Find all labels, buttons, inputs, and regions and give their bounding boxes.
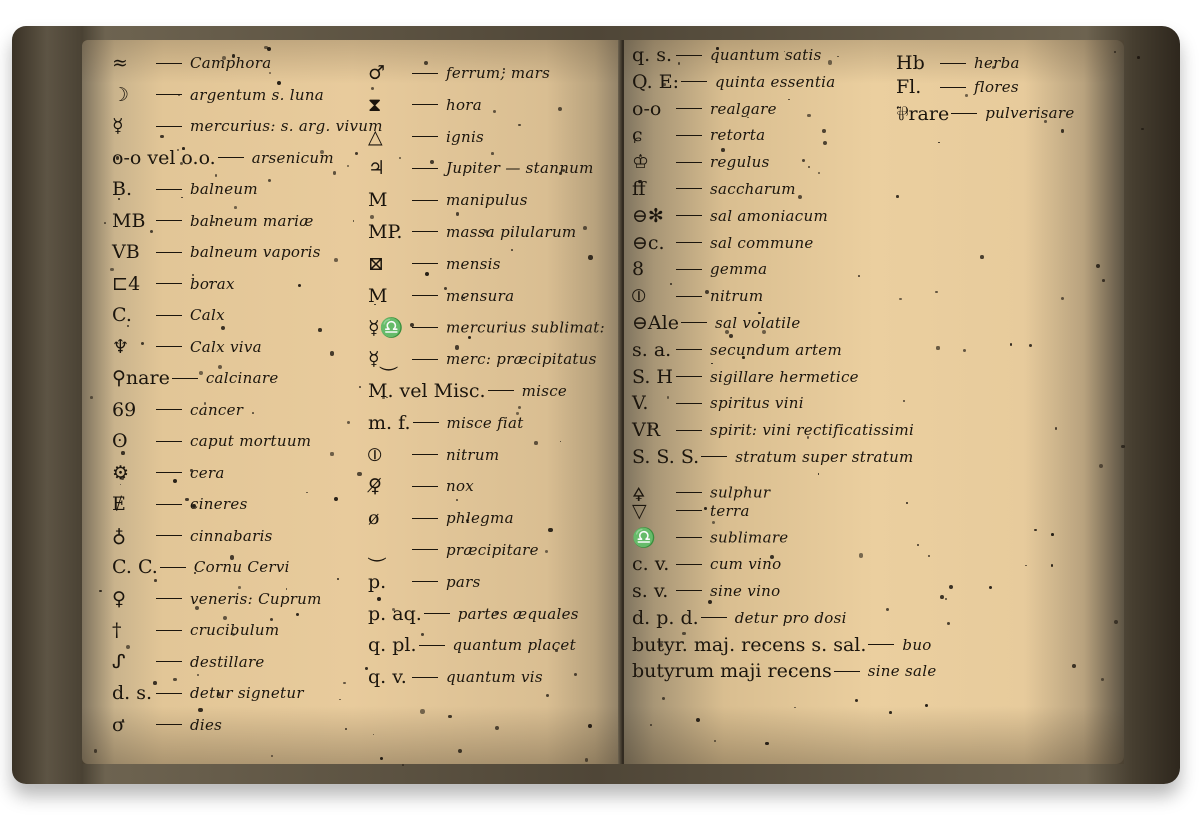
dash-separator [676,242,702,243]
symbol-entry: VRspirit: vini rectificatissimi [632,419,937,446]
symbol-entry: ffsaccharum [632,178,937,205]
alchemical-symbol: ♎ [632,526,674,549]
alchemical-symbol: ᔑ [112,651,154,673]
latin-term: massa pilularum [446,223,576,241]
symbol-entry: ♃Jupiter — stannum [368,157,605,189]
symbol-entry: ♔regulus [632,151,937,178]
symbol-entry: c. v.cum vino [632,553,937,580]
symbol-entry: ▽terra [632,500,937,527]
dash-separator [412,73,438,74]
dash-separator [412,263,438,264]
latin-term: cancer [190,401,243,419]
symbol-entry: ᔑdestillare [112,651,383,683]
alchemical-symbol: q. s. [632,44,674,66]
latin-term: buo [902,636,931,654]
alchemical-symbol: d. p. d. [632,607,699,629]
latin-term: partes æquales [458,605,579,623]
alchemical-symbol: ⏝ [368,539,410,561]
dash-separator [676,349,702,350]
symbol-entry: p.pars [368,571,605,603]
symbol-entry: m. f.misce fiat [368,412,605,444]
latin-term: argentum s. luna [190,86,324,104]
dash-separator [676,430,702,431]
latin-term: mensura [446,287,514,305]
alchemical-symbol: B. [112,178,154,200]
alchemical-symbol: ⊏4 [112,273,154,295]
symbol-entry: Mmanipulus [368,189,605,221]
alchemical-symbol: ⊖c. [632,232,674,254]
dash-separator [676,510,702,511]
latin-term: Calx [190,306,225,324]
symbol-entry: VBbalneum vaporis [112,241,383,273]
symbol-entry: B.balneum [112,178,383,210]
symbol-entry: o-orealgare [632,98,937,125]
alchemical-symbol: MP. [368,221,410,243]
symbol-entry: s. a.secundum artem [632,339,937,366]
latin-term: Camphora [190,54,271,72]
symbol-entry: butyrum maji recenssine sale [632,660,937,687]
latin-term: quinta essentia [715,73,836,91]
symbol-entry: ♆Calx viva [112,336,383,368]
symbol-entry: ⊠mensis [368,253,605,285]
dash-separator [676,564,702,565]
alchemical-symbol: Ɇ [112,493,154,515]
symbol-entry: øphlegma [368,507,605,539]
latin-term: mercurius sublimat: [446,319,605,337]
alchemical-symbol: ☽ [112,84,154,106]
latin-term: sine sale [868,662,937,680]
alchemical-symbol: ⦶ [368,444,410,466]
symbol-entry: ♀veneris: Cuprum [112,588,383,620]
dash-separator [156,661,182,662]
symbol-entry: ʘcaput mortuum [112,430,383,462]
dash-separator [156,220,182,221]
alchemical-symbol: ☿⏝ [368,348,410,370]
symbol-entry: q. s.quantum satis [632,44,937,71]
dash-separator [156,63,182,64]
symbol-entry: C. C.Cornu Cervi [112,556,383,588]
symbol-entry: 🜍sulphur [632,473,937,500]
symbol-entry: ⅌rarepulverisare [896,100,1075,124]
latin-term: spiritus vini [710,394,804,412]
alchemical-symbol: ⊖Ale [632,312,679,334]
dash-separator [412,295,438,296]
dash-separator [676,135,702,136]
symbol-entry: q. v.quantum vis [368,666,605,698]
dash-separator [412,581,438,582]
latin-term: nitrum [446,446,499,464]
latin-term: terra [710,502,750,520]
latin-term: quantum placet [453,636,576,654]
dash-separator [156,630,182,631]
alchemical-symbol: ♁ [112,525,154,547]
latin-term: mensis [446,255,501,273]
symbol-entry: s. v.sine vino [632,580,937,607]
symbol-entry: MBbalneum mariæ [112,210,383,242]
dash-separator [701,617,727,618]
alchemical-symbol: d. s. [112,682,154,704]
alchemical-symbol: † [112,619,154,641]
latin-term: quantum vis [446,668,543,686]
symbol-entry: 69cancer [112,399,383,431]
dash-separator [940,63,966,64]
latin-term: cineres [190,495,248,513]
alchemical-symbol: MB [112,210,154,232]
alchemical-symbol: o-o [632,98,674,120]
dash-separator [156,346,182,347]
alchemical-symbol: s. a. [632,339,674,361]
alchemical-symbol: △ [368,126,410,148]
symbol-entry: MP.massa pilularum [368,221,605,253]
latin-term: dies [190,716,222,734]
symbol-entry: ☿mercurius: s. arg. vivum [112,115,383,147]
dash-separator [218,157,244,158]
latin-term: gemma [710,260,767,278]
symbol-entry: σdies [112,714,383,746]
dash-separator [412,549,438,550]
latin-term: detur signetur [190,684,304,702]
dash-separator [156,283,182,284]
dash-separator [676,55,702,56]
alchemical-symbol: M. vel Misc. [368,380,486,402]
symbol-entry: ⊖✻sal amoniacum [632,205,937,232]
latin-term: saccharum [710,180,796,198]
alchemical-symbol: ⚲nare [112,367,170,389]
symbol-entry: △ignis [368,126,605,158]
alchemical-symbol: ⚙ [112,462,154,484]
symbol-entry: ☽argentum s. luna [112,84,383,116]
symbol-entry: M. vel Misc.misce [368,380,605,412]
latin-term: flores [974,78,1019,96]
alchemical-symbol: VB [112,241,154,263]
symbol-entry: ⏝præcipitare [368,539,605,571]
symbol-entry: S. S. S.stratum super stratum [632,446,937,473]
latin-term: sine vino [710,582,780,600]
dash-separator [951,113,977,114]
symbol-entry: †crucibulum [112,619,383,651]
symbol-entry: ♀̸nox [368,475,605,507]
latin-term: sal amoniacum [710,207,828,225]
alchemical-symbol: ʘ [112,430,154,452]
latin-term: nox [446,477,474,495]
alchemical-symbol: ⧗ [368,94,410,116]
symbol-entry: ⚙cera [112,462,383,494]
symbol-entry: ⦶nitrum [368,444,605,476]
latin-term: secundum artem [710,341,842,359]
latin-term: realgare [710,100,777,118]
latin-term: crucibulum [190,621,279,639]
dash-separator [676,162,702,163]
right-page-column-1: q. s.quantum satisQ. E:quinta essentiao-… [632,44,937,687]
dash-separator [412,486,438,487]
alchemical-symbol: ♔ [632,151,674,173]
dash-separator [412,518,438,519]
latin-term: quantum satis [710,46,822,64]
dash-separator [156,472,182,473]
alchemical-symbol: ø [368,507,410,529]
dash-separator [676,403,702,404]
latin-term: hora [446,96,482,114]
alchemical-symbol: s. v. [632,580,674,602]
alchemical-symbol: p. [368,571,410,593]
symbol-entry: Ɇcineres [112,493,383,525]
dash-separator [156,504,182,505]
latin-term: balneum vaporis [190,243,321,261]
alchemical-symbol: o-o vel o.o. [112,147,216,169]
dash-separator [156,126,182,127]
latin-term: sal commune [710,234,814,252]
latin-term: Jupiter — stannum [446,159,594,177]
dash-separator [424,613,450,614]
latin-term: sublimare [710,529,788,547]
symbol-entry: ♎sublimare [632,526,937,553]
alchemical-symbol: q. v. [368,666,410,688]
alchemical-symbol: ⦶ [632,285,674,307]
dash-separator [156,315,182,316]
symbol-entry: ♁cinnabaris [112,525,383,557]
dash-separator [412,359,438,360]
dash-separator [834,671,860,672]
alchemical-symbol: Hb [896,52,938,74]
alchemical-symbol: m. f. [368,412,411,434]
alchemical-symbol: ⊠ [368,253,410,275]
latin-term: balneum mariæ [190,212,314,230]
dash-separator [419,645,445,646]
dash-separator [412,327,438,328]
symbol-entry: V.spiritus vini [632,392,937,419]
alchemical-symbol: p. aq. [368,603,422,625]
alchemical-symbol: C. [112,304,154,326]
latin-term: caput mortuum [190,432,311,450]
latin-term: retorta [710,126,765,144]
latin-term: phlegma [446,509,514,527]
alchemical-symbol: σ [112,714,154,736]
dash-separator [676,492,702,493]
dash-separator [412,168,438,169]
alchemical-symbol: VR [632,419,674,441]
alchemical-symbol: ♂ [368,62,410,84]
symbol-entry: d. s.detur signetur [112,682,383,714]
alchemical-symbol: butyrum maji recens [632,660,832,682]
latin-term: calcinare [206,369,279,387]
latin-term: sulphur [710,483,770,501]
symbol-entry: ⦶nitrum [632,285,937,312]
alchemical-symbol: ⊖✻ [632,205,674,227]
dash-separator [868,644,894,645]
symbol-entry: ≈Camphora [112,52,383,84]
symbol-entry: Fl.flores [896,76,1075,100]
latin-term: misce fiat [447,414,524,432]
alchemical-symbol: ♀ [112,588,154,610]
dash-separator [940,87,966,88]
latin-term: regulus [710,153,770,171]
latin-term: manipulus [446,191,528,209]
dash-separator [681,322,707,323]
symbol-entry: Q. E:quinta essentia [632,71,937,98]
symbol-entry: ♂ferrum; mars [368,62,605,94]
latin-term: pulverisare [985,104,1074,122]
symbol-entry: ⊖Alesal volatile [632,312,937,339]
alchemical-symbol: 8 [632,258,674,280]
latin-term: stratum super stratum [735,448,913,466]
latin-term: balneum [190,180,258,198]
symbol-entry: ☿⏝merc: præcipitatus [368,348,605,380]
left-page-column-1: ≈Camphora☽argentum s. luna☿mercurius: s.… [112,52,383,745]
latin-term: veneris: Cuprum [190,590,322,608]
dash-separator [676,296,702,297]
dash-separator [156,693,182,694]
latin-term: destillare [190,653,265,671]
symbol-entry: d. p. d.detur pro dosi [632,607,937,634]
left-page-column-2: ♂ferrum; mars⧗hora△ignis♃Jupiter — stann… [368,62,605,698]
alchemical-symbol: ▽ [632,500,674,522]
symbol-entry: ɕretorta [632,124,937,151]
symbol-entry: ⊏4borax [112,273,383,305]
latin-term: ferrum; mars [446,64,550,82]
latin-term: herba [974,54,1020,72]
alchemical-symbol: ♆ [112,336,154,358]
dash-separator [681,81,707,82]
dash-separator [412,104,438,105]
dash-separator [156,441,182,442]
symbol-entry: C.Calx [112,304,383,336]
dash-separator [676,188,702,189]
latin-term: detur pro dosi [735,609,847,627]
dash-separator [676,376,702,377]
latin-term: mercurius: s. arg. vivum [190,117,383,135]
symbol-entry: ⚲narecalcinare [112,367,383,399]
latin-term: merc: præcipitatus [446,350,597,368]
symbol-entry: S. Hsigillare hermetice [632,366,937,393]
dash-separator [156,252,182,253]
dash-separator [413,422,439,423]
alchemical-symbol: M [368,189,410,211]
latin-term: sigillare hermetice [710,368,859,386]
dash-separator [156,598,182,599]
latin-term: cera [190,464,225,482]
symbol-entry: ☿♎mercurius sublimat: [368,316,605,348]
alchemical-symbol: 69 [112,399,154,421]
dash-separator [156,724,182,725]
alchemical-symbol: ☿♎ [368,316,410,339]
dash-separator [412,136,438,137]
symbol-entry: 8gemma [632,258,937,285]
dash-separator [676,108,702,109]
alchemical-symbol: q. pl. [368,634,417,656]
alchemical-symbol: Fl. [896,76,938,98]
right-page-column-2: HbherbaFl.flores⅌rarepulverisare [896,52,1075,124]
dash-separator [412,454,438,455]
latin-term: Calx viva [190,338,262,356]
alchemical-symbol: C. C. [112,556,158,578]
dash-separator [156,189,182,190]
latin-term: præcipitare [446,541,539,559]
alchemical-symbol: c. v. [632,553,674,575]
alchemical-symbol: ɕ [632,124,674,146]
latin-term: misce [522,382,568,400]
dash-separator [701,456,727,457]
symbol-entry: Mmensura [368,285,605,317]
dash-separator [676,537,702,538]
alchemical-symbol: ♀̸ [368,475,410,497]
latin-term: borax [190,275,235,293]
dash-separator [676,590,702,591]
symbol-entry: ⧗hora [368,94,605,126]
dash-separator [412,677,438,678]
symbol-entry: p. aq.partes æquales [368,603,605,635]
symbol-entry: butyr. maj. recens s. sal.buo [632,634,937,661]
alchemical-symbol: ⅌rare [896,100,949,126]
alchemical-symbol: ≈ [112,52,154,74]
dash-separator [488,390,514,391]
symbol-entry: ⊖c.sal commune [632,232,937,259]
dash-separator [676,215,702,216]
alchemical-symbol: ☿ [112,115,154,137]
dash-separator [160,567,186,568]
dash-separator [172,378,198,379]
alchemical-symbol: S. S. S. [632,446,699,468]
latin-term: ignis [446,128,484,146]
dash-separator [156,535,182,536]
latin-term: Cornu Cervi [194,558,290,576]
latin-term: nitrum [710,287,763,305]
latin-term: pars [446,573,481,591]
dash-separator [156,409,182,410]
alchemical-symbol: S. H [632,366,674,388]
dash-separator [676,269,702,270]
symbol-entry: o-o vel o.o.arsenicum [112,147,383,179]
alchemical-symbol: butyr. maj. recens s. sal. [632,634,866,656]
alchemical-symbol: Q. E: [632,71,679,93]
alchemical-symbol: ♃ [368,157,410,179]
symbol-entry: q. pl.quantum placet [368,634,605,666]
latin-term: spirit: vini rectificatissimi [710,421,914,439]
symbol-entry: Hbherba [896,52,1075,76]
dash-separator [412,231,438,232]
dash-separator [412,200,438,201]
latin-term: cinnabaris [190,527,273,545]
